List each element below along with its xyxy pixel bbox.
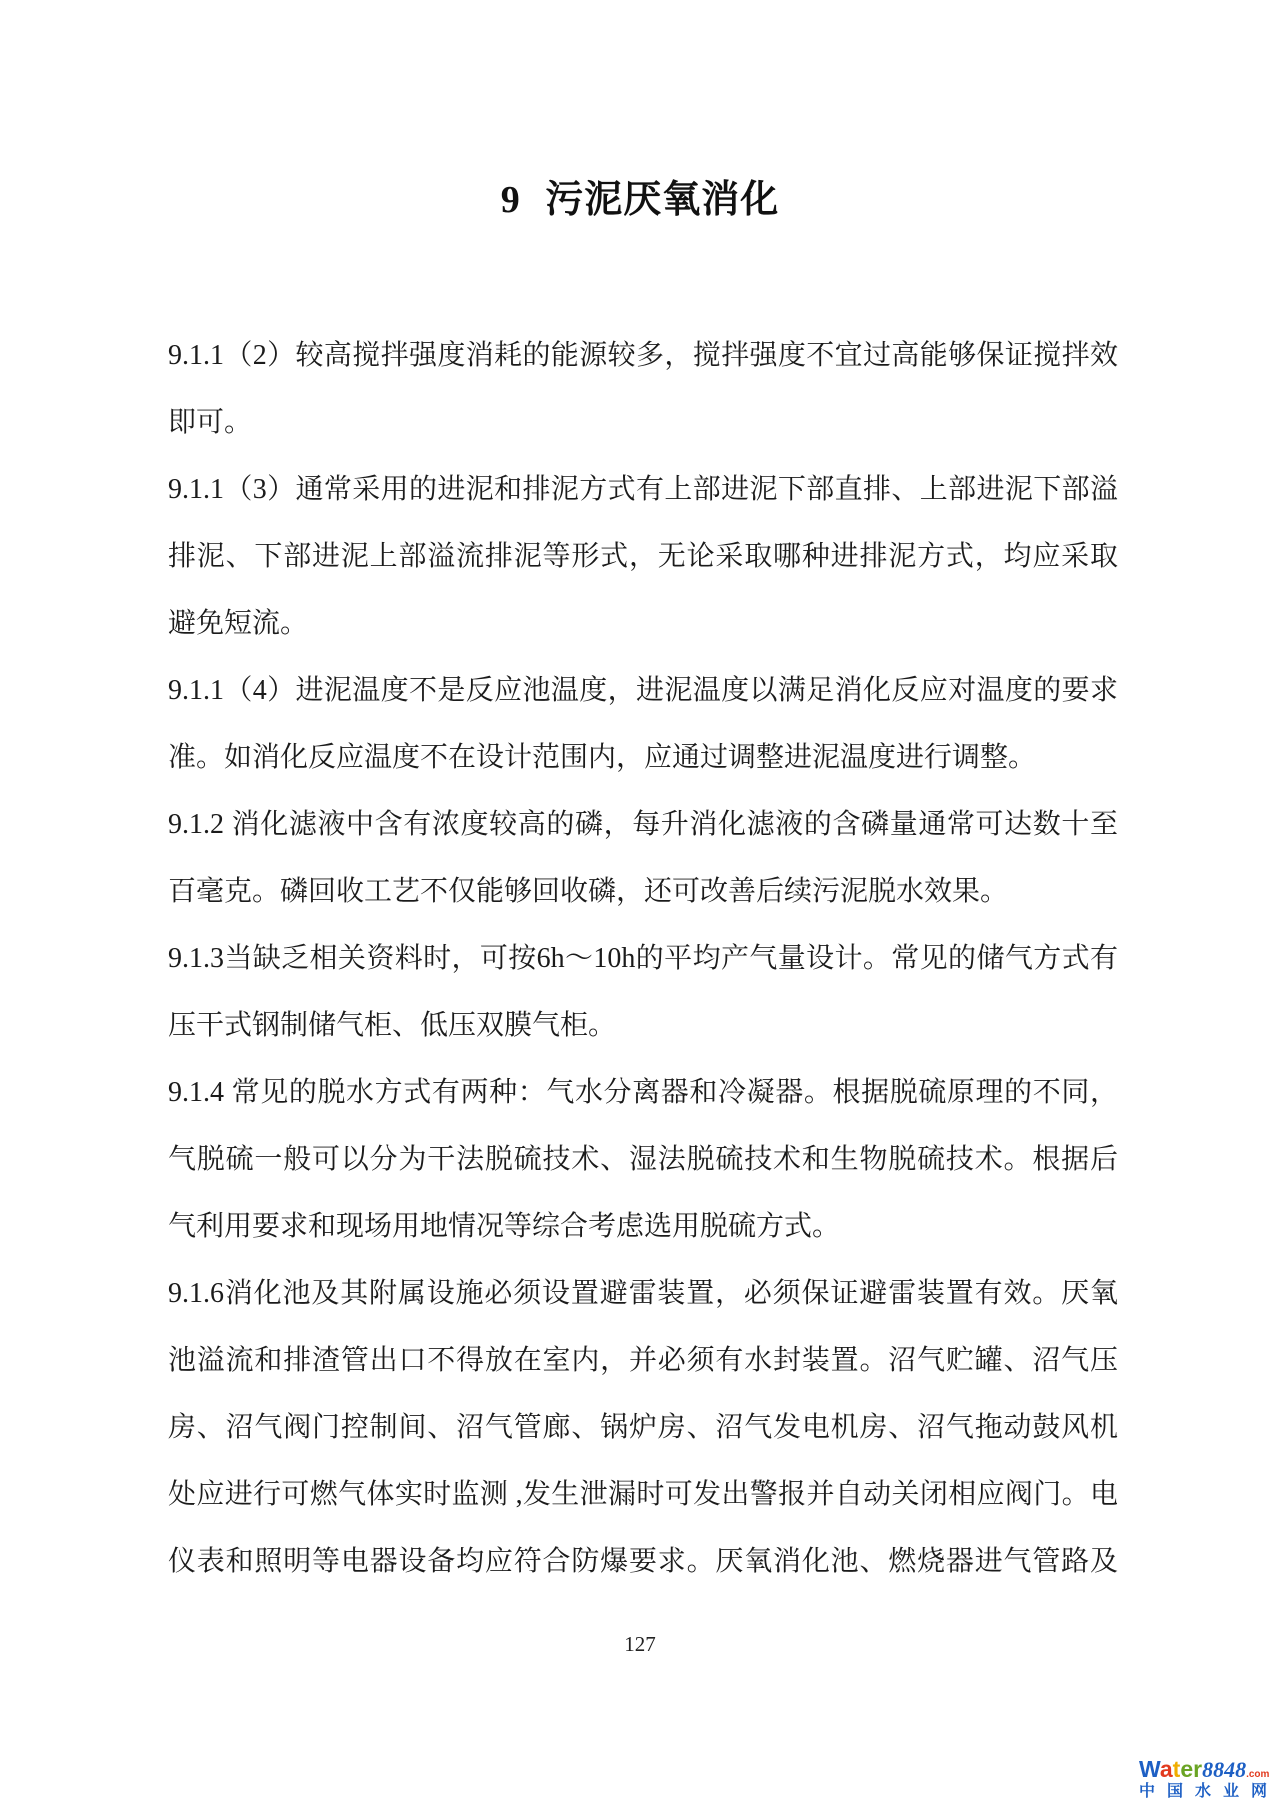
body-line: 池溢流和排渣管出口不得放在室内，并必须有水封装置。沼气贮罐、沼气压缩机 — [168, 1327, 1118, 1394]
watermark-brand-letter: e — [1180, 1756, 1193, 1782]
watermark-brand-letter: r — [1193, 1756, 1202, 1782]
body-line: 气脱硫一般可以分为干法脱硫技术、湿法脱硫技术和生物脱硫技术。根据后续沼 — [168, 1126, 1118, 1193]
body-line: 9.1.6消化池及其附属设施必须设置避雷装置，必须保证避雷装置有效。厌氧消化 — [168, 1260, 1118, 1327]
body-line: 9.1.1（2）较高搅拌强度消耗的能源较多，搅拌强度不宜过高能够保证搅拌效果 — [168, 322, 1118, 389]
body-line: 避免短流。 — [168, 590, 1118, 657]
body-line: 9.1.1（3）通常采用的进泥和排泥方式有上部进泥下部直排、上部进泥下部溢流 — [168, 456, 1118, 523]
page-title: 9 污泥厌氧消化 — [0, 168, 1280, 223]
body-line: 百毫克。磷回收工艺不仅能够回收磷，还可改善后续污泥脱水效果。 — [168, 858, 1118, 925]
watermark-subtitle: 中国水业网 — [1139, 1784, 1267, 1801]
body-line: 处应进行可燃气体实时监测 ,发生泄漏时可发出警报并自动关闭相应阀门。电机、 — [168, 1461, 1118, 1528]
watermark-brand-number: 8848 — [1202, 1757, 1246, 1782]
body-line: 即可。 — [168, 389, 1118, 456]
body-line: 压干式钢制储气柜、低压双膜气柜。 — [168, 992, 1118, 1059]
watermark-logo: Water8848.com 中国水业网 — [1139, 1757, 1267, 1801]
body-line: 9.1.3当缺乏相关资料时，可按6h～10h的平均产气量设计。常见的储气方式有低 — [168, 925, 1118, 992]
body-line: 房、沼气阀门控制间、沼气管廊、锅炉房、沼气发电机房、沼气拖动鼓风机房等 — [168, 1394, 1118, 1461]
document-body: 9.1.1（2）较高搅拌强度消耗的能源较多，搅拌强度不宜过高能够保证搅拌效果 即… — [168, 322, 1118, 1595]
watermark-brand-letter: W — [1139, 1756, 1160, 1782]
watermark-brand: Water8848.com — [1139, 1757, 1267, 1781]
page-number: 127 — [0, 1632, 1280, 1657]
watermark-brand-letter: a — [1160, 1756, 1173, 1782]
body-line: 9.1.1（4）进泥温度不是反应池温度，进泥温度以满足消化反应对温度的要求为 — [168, 657, 1118, 724]
body-line: 仪表和照明等电器设备均应符合防爆要求。厌氧消化池、燃烧器进气管路及沼气 — [168, 1528, 1118, 1595]
body-line: 气利用要求和现场用地情况等综合考虑选用脱硫方式。 — [168, 1193, 1118, 1260]
body-line: 排泥、下部进泥上部溢流排泥等形式，无论采取哪种进排泥方式，均应采取措施 — [168, 523, 1118, 590]
document-page: 9 污泥厌氧消化 9.1.1（2）较高搅拌强度消耗的能源较多，搅拌强度不宜过高能… — [0, 0, 1280, 1810]
body-line: 9.1.2 消化滤液中含有浓度较高的磷，每升消化滤液的含磷量通常可达数十至数 — [168, 791, 1118, 858]
body-line: 9.1.4 常见的脱水方式有两种：气水分离器和冷凝器。根据脱硫原理的不同，沼 — [168, 1059, 1118, 1126]
watermark-brand-tld: .com — [1246, 1769, 1269, 1780]
body-line: 准。如消化反应温度不在设计范围内，应通过调整进泥温度进行调整。 — [168, 724, 1118, 791]
